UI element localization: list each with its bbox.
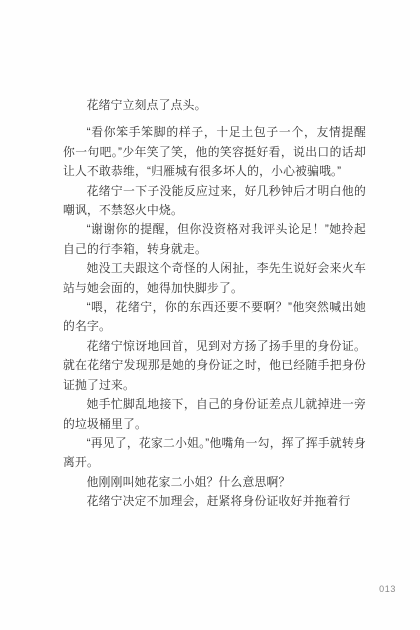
paragraph: “看你笨手笨脚的样子，十足土包子一个，友情提醒你一句吧。”少年笑了笑，他的笑容挺… <box>63 123 366 181</box>
paragraph: “喂，花绪宁，你的东西还要不要啊？”他突然喊出她的名字。 <box>63 298 366 337</box>
paragraph: 她没工夫跟这个奇怪的人闲扯，李先生说好会来火车站与她会面的，她得加快脚步了。 <box>63 259 366 298</box>
paragraph: 花绪宁立刻点了点头。 <box>63 96 366 115</box>
paragraph: 她手忙脚乱地接下，自己的身份证差点儿就掉进一旁的垃圾桶里了。 <box>63 395 366 434</box>
page-text: 花绪宁立刻点了点头。 “看你笨手笨脚的样子，十足土包子一个，友情提醒你一句吧。”… <box>63 96 366 512</box>
paragraph: “谢谢你的提醒，但你没资格对我评头论足！”她拎起自己的行李箱，转身就走。 <box>63 220 366 259</box>
paragraph: 他刚刚叫她花家二小姐？什么意思啊？ <box>63 473 366 492</box>
paragraph: 花绪宁惊讶地回首，见到对方扬了扬手里的身份证。就在花绪宁发现那是她的身份证之时，… <box>63 337 366 395</box>
paragraph: “再见了，花家二小姐。”他嘴角一勾，挥了挥手就转身离开。 <box>63 434 366 473</box>
paragraph: 花绪宁一下子没能反应过来，好几秒钟后才明白他的嘲讽，不禁怒火中烧。 <box>63 182 366 221</box>
paragraph: 花绪宁决定不加理会，赶紧将身份证收好并拖着行 <box>63 492 366 511</box>
page-number: 013 <box>379 584 396 594</box>
book-page: 花绪宁立刻点了点头。 “看你笨手笨脚的样子，十足土包子一个，友情提醒你一句吧。”… <box>0 0 420 630</box>
